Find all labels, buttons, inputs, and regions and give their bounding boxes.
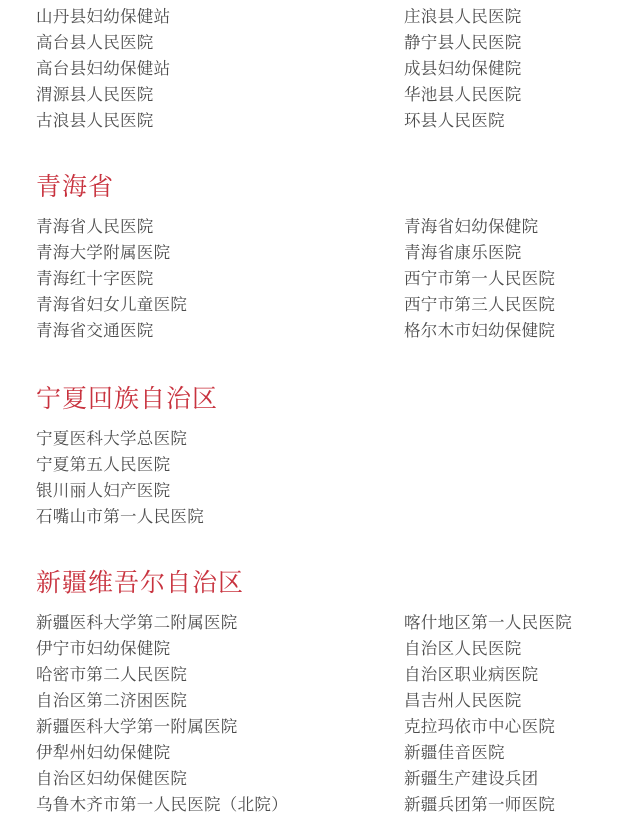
- list-item: 高台县人民医院: [36, 30, 170, 56]
- list-item: 石嘴山市第一人民医院: [36, 504, 204, 530]
- list-item: 青海省人民医院: [36, 214, 187, 240]
- section-heading: 青海省: [36, 172, 114, 202]
- section-heading: 宁夏回族自治区: [36, 384, 218, 414]
- section-heading: 新疆维吾尔自治区: [36, 568, 244, 598]
- list-item: 山丹县妇幼保健站: [36, 4, 170, 30]
- list-item: 伊犁州妇幼保健院: [36, 740, 288, 766]
- list-item: 伊宁市妇幼保健院: [36, 636, 288, 662]
- list-item: 宁夏医科大学总医院: [36, 426, 204, 452]
- list-item: 克拉玛依市中心医院: [404, 714, 572, 740]
- list-item: 渭源县人民医院: [36, 82, 170, 108]
- list-item: 环县人民医院: [404, 108, 522, 134]
- list-item: 新疆佳音医院: [404, 740, 572, 766]
- list-item: 自治区妇幼保健医院: [36, 766, 288, 792]
- list-item: 银川丽人妇产医院: [36, 478, 204, 504]
- list-item: 哈密市第二人民医院: [36, 662, 288, 688]
- left-column: 山丹县妇幼保健站 高台县人民医院 高台县妇幼保健站 渭源县人民医院 古浪县人民医…: [36, 4, 170, 134]
- right-column: 青海省妇幼保健院 青海省康乐医院 西宁市第一人民医院 西宁市第三人民医院 格尔木…: [404, 214, 555, 344]
- list-item: 庄浪县人民医院: [404, 4, 522, 30]
- list-item: 华池县人民医院: [404, 82, 522, 108]
- list-item: 青海大学附属医院: [36, 240, 187, 266]
- list-item: 青海省妇幼保健院: [404, 214, 555, 240]
- right-column: 喀什地区第一人民医院 自治区人民医院 自治区职业病医院 昌吉州人民医院 克拉玛依…: [404, 610, 572, 818]
- left-column: 青海省人民医院 青海大学附属医院 青海红十字医院 青海省妇女儿童医院 青海省交通…: [36, 214, 187, 344]
- list-item: 成县妇幼保健院: [404, 56, 522, 82]
- list-item: 青海省交通医院: [36, 318, 187, 344]
- list-item: 古浪县人民医院: [36, 108, 170, 134]
- left-column: 新疆医科大学第二附属医院 伊宁市妇幼保健院 哈密市第二人民医院 自治区第二济困医…: [36, 610, 288, 818]
- list-item: 自治区第二济困医院: [36, 688, 288, 714]
- list-item: 自治区职业病医院: [404, 662, 572, 688]
- list-item: 青海红十字医院: [36, 266, 187, 292]
- list-item: 西宁市第三人民医院: [404, 292, 555, 318]
- right-column: 庄浪县人民医院 静宁县人民医院 成县妇幼保健院 华池县人民医院 环县人民医院: [404, 4, 522, 134]
- list-item: 宁夏第五人民医院: [36, 452, 204, 478]
- list-item: 静宁县人民医院: [404, 30, 522, 56]
- left-column: 宁夏医科大学总医院 宁夏第五人民医院 银川丽人妇产医院 石嘴山市第一人民医院: [36, 426, 204, 530]
- list-item: 高台县妇幼保健站: [36, 56, 170, 82]
- list-item: 新疆医科大学第一附属医院: [36, 714, 288, 740]
- list-item: 新疆生产建设兵团: [404, 766, 572, 792]
- list-item: 新疆医科大学第二附属医院: [36, 610, 288, 636]
- list-item: 新疆兵团第一师医院: [404, 792, 572, 818]
- list-item: 格尔木市妇幼保健院: [404, 318, 555, 344]
- list-item: 青海省妇女儿童医院: [36, 292, 187, 318]
- list-item: 喀什地区第一人民医院: [404, 610, 572, 636]
- list-item: 西宁市第一人民医院: [404, 266, 555, 292]
- list-item: 自治区人民医院: [404, 636, 572, 662]
- list-item: 昌吉州人民医院: [404, 688, 572, 714]
- list-item: 青海省康乐医院: [404, 240, 555, 266]
- list-item: 乌鲁木齐市第一人民医院（北院）: [36, 792, 288, 818]
